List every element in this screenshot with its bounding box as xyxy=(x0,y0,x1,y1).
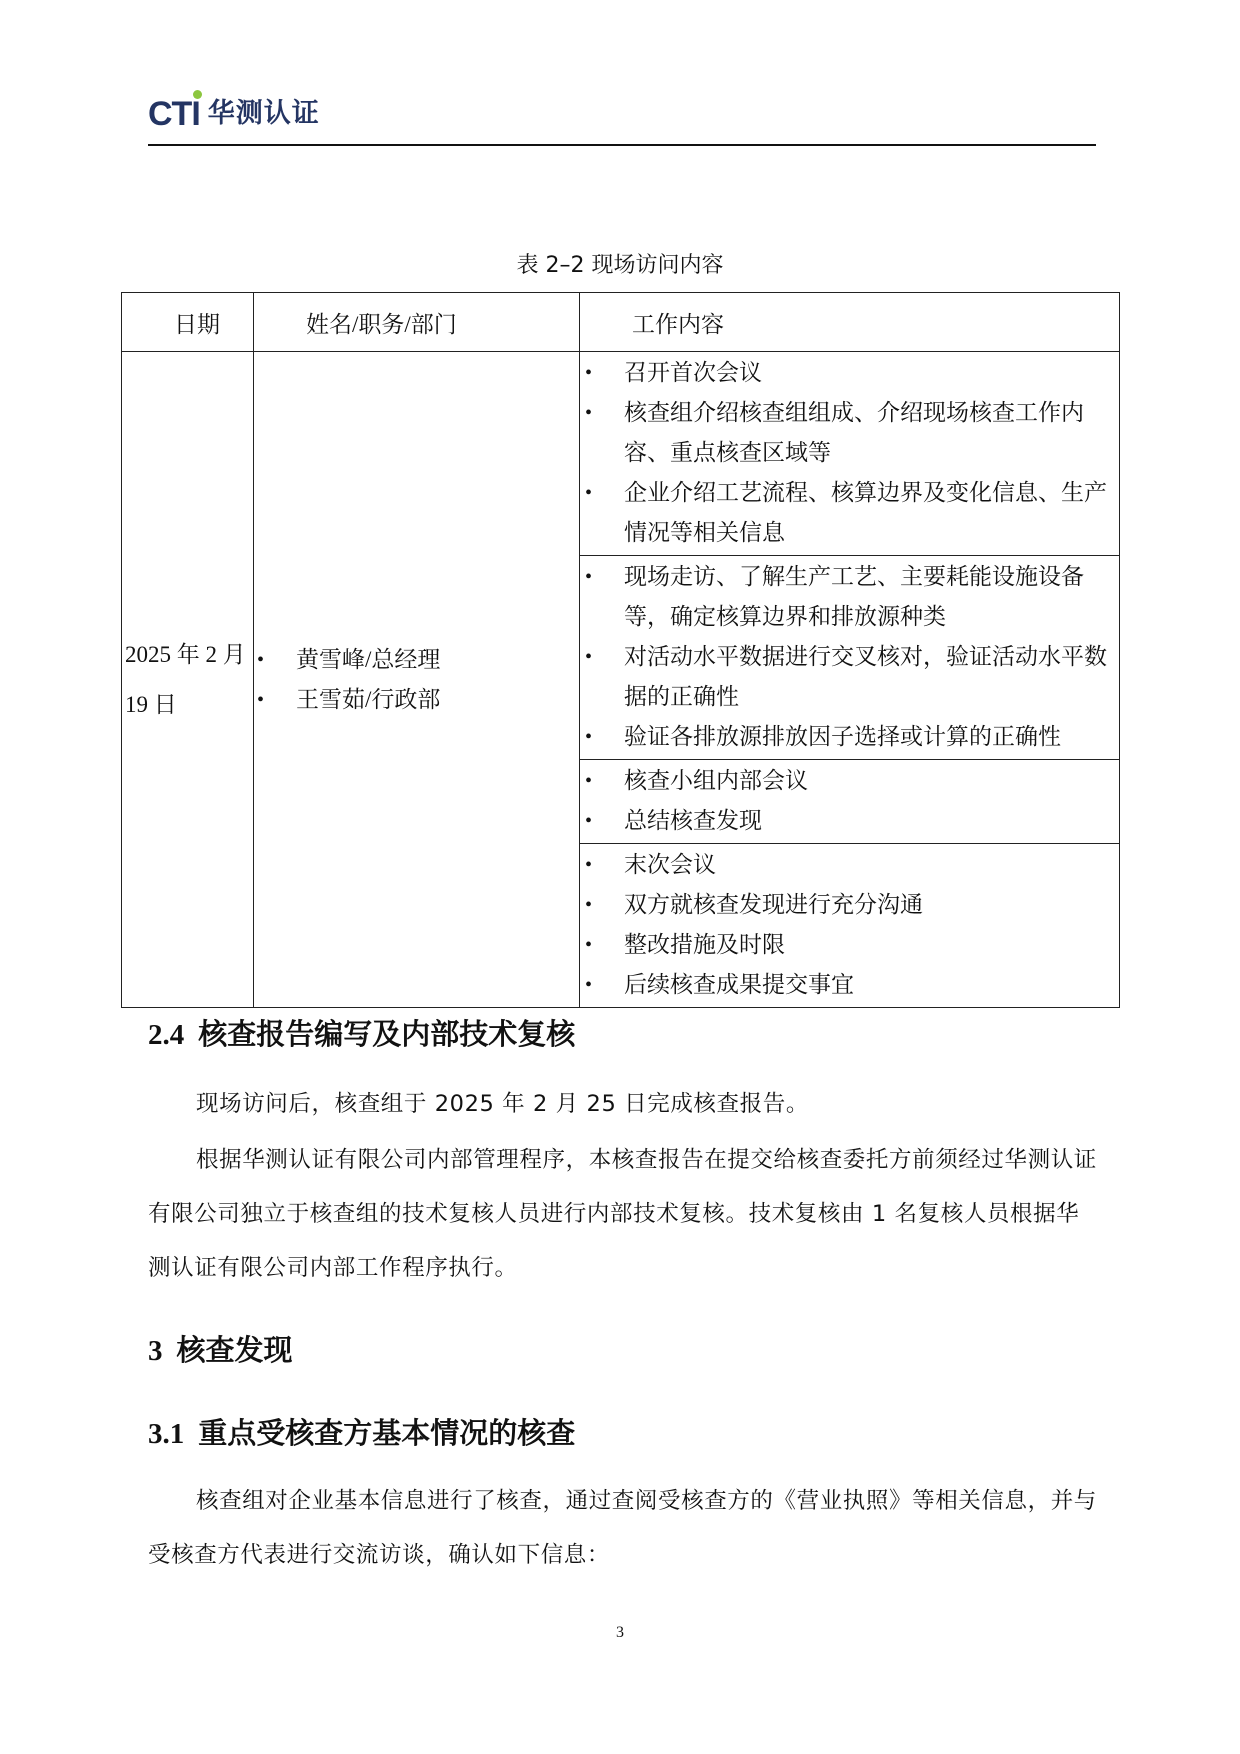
column-header-date: 日期 xyxy=(122,293,254,352)
list-item: 核查小组内部会议 xyxy=(582,761,1117,801)
paragraph-technical-review: 根据华测认证有限公司内部管理程序，本核查报告在提交给核查委托方前须经过华测认证有… xyxy=(148,1133,1098,1295)
list-item: 验证各排放源排放因子选择或计算的正确性 xyxy=(582,717,1117,757)
list-item: 王雪茹/行政部 xyxy=(254,680,579,720)
section-number: 3.1 xyxy=(148,1418,184,1450)
list-item: 黄雪峰/总经理 xyxy=(254,640,579,680)
header-divider xyxy=(148,144,1096,146)
table-row: 2025 年 2 月 19 日 黄雪峰/总经理 王雪茹/行政部 召开首次会议 核… xyxy=(122,352,1120,556)
paragraph-basic-info-verification: 核查组对企业基本信息进行了核查，通过查阅受核查方的《营业执照》等相关信息，并与受… xyxy=(148,1474,1098,1582)
site-visit-table: 日期 姓名/职务/部门 工作内容 2025 年 2 月 19 日 黄雪峰/总经理… xyxy=(121,292,1120,1008)
work-list: 现场走访、了解生产工艺、主要耗能设施设备等，确定核算边界和排放源种类 对活动水平… xyxy=(582,557,1117,757)
table-header-row: 日期 姓名/职务/部门 工作内容 xyxy=(122,293,1120,352)
work-list: 召开首次会议 核查组介绍核查组组成、介绍现场核查工作内容、重点核查区域等 企业介… xyxy=(582,353,1117,553)
section-title: 核查发现 xyxy=(177,1333,293,1367)
page-header: CTI 华测认证 xyxy=(148,84,320,134)
column-header-name: 姓名/职务/部门 xyxy=(254,293,580,352)
list-item: 总结核查发现 xyxy=(582,801,1117,841)
section-number: 3 xyxy=(148,1335,163,1367)
list-item: 整改措施及时限 xyxy=(582,925,1117,965)
section-number: 2.4 xyxy=(148,1019,184,1051)
table-caption: 表 2–2 现场访问内容 xyxy=(0,248,1240,279)
date-line-1: 2025 年 2 月 xyxy=(125,630,253,680)
work-group-site-visit: 现场走访、了解生产工艺、主要耗能设施设备等，确定核算边界和排放源种类 对活动水平… xyxy=(580,556,1120,760)
section-title: 核查报告编写及内部技术复核 xyxy=(198,1017,575,1051)
section-heading-3-1: 3.1重点受核查方基本情况的核查 xyxy=(148,1411,575,1452)
people-cell: 黄雪峰/总经理 王雪茹/行政部 xyxy=(254,352,580,1008)
cti-logo: CTI xyxy=(148,94,200,134)
work-group-internal-meeting: 核查小组内部会议 总结核查发现 xyxy=(580,760,1120,844)
list-item: 后续核查成果提交事宜 xyxy=(582,965,1117,1005)
column-header-work: 工作内容 xyxy=(580,293,1120,352)
logo-latin-text: CTI xyxy=(148,95,200,133)
page-number: 3 xyxy=(0,1624,1240,1642)
list-item: 对活动水平数据进行交叉核对，验证活动水平数据的正确性 xyxy=(582,637,1117,717)
date-line-2: 19 日 xyxy=(125,680,253,730)
logo-dot-icon xyxy=(193,90,202,99)
date-cell: 2025 年 2 月 19 日 xyxy=(122,352,254,1008)
work-list: 核查小组内部会议 总结核查发现 xyxy=(582,761,1117,841)
work-list: 末次会议 双方就核查发现进行充分沟通 整改措施及时限 后续核查成果提交事宜 xyxy=(582,845,1117,1005)
list-item: 核查组介绍核查组组成、介绍现场核查工作内容、重点核查区域等 xyxy=(582,393,1117,473)
list-item: 双方就核查发现进行充分沟通 xyxy=(582,885,1117,925)
work-group-closing: 末次会议 双方就核查发现进行充分沟通 整改措施及时限 后续核查成果提交事宜 xyxy=(580,844,1120,1008)
list-item: 召开首次会议 xyxy=(582,353,1117,393)
section-heading-2-4: 2.4核查报告编写及内部技术复核 xyxy=(148,1012,575,1053)
list-item: 现场走访、了解生产工艺、主要耗能设施设备等，确定核算边界和排放源种类 xyxy=(582,557,1117,637)
paragraph-report-completion: 现场访问后，核查组于 2025 年 2 月 25 日完成核查报告。 xyxy=(148,1077,1098,1131)
people-list: 黄雪峰/总经理 王雪茹/行政部 xyxy=(254,640,579,720)
list-item: 企业介绍工艺流程、核算边界及变化信息、生产情况等相关信息 xyxy=(582,473,1117,553)
list-item: 末次会议 xyxy=(582,845,1117,885)
logo-chinese-text: 华测认证 xyxy=(208,94,320,134)
work-group-opening: 召开首次会议 核查组介绍核查组组成、介绍现场核查工作内容、重点核查区域等 企业介… xyxy=(580,352,1120,556)
section-heading-3: 3核查发现 xyxy=(148,1328,293,1369)
section-title: 重点受核查方基本情况的核查 xyxy=(198,1416,575,1450)
